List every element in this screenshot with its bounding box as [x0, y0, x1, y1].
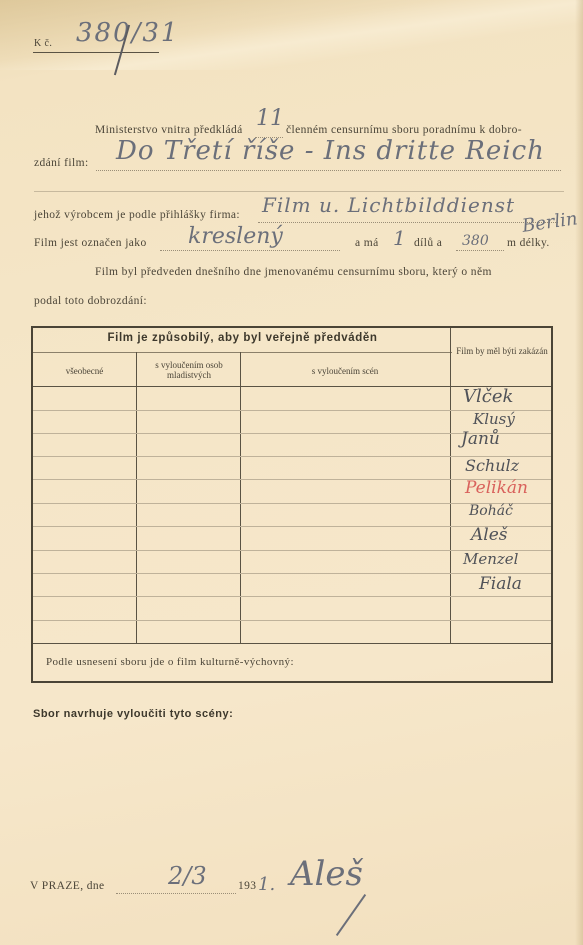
designation-label: Film jest označen jako — [34, 237, 147, 249]
producer-label: jehož výrobcem je podle přihlášky firma: — [34, 209, 240, 221]
film-title-field-line — [96, 170, 561, 171]
header-divider — [33, 352, 452, 353]
closing-place-label: V PRAZE, dne — [30, 880, 105, 892]
signature-5-red: Pelikán — [465, 478, 528, 498]
table-body-bottom-border — [33, 643, 551, 644]
closing-year-suffix: 1. — [258, 874, 275, 895]
date-handwritten: 2/3 — [168, 862, 207, 890]
length-label: m délky. — [507, 237, 550, 249]
parts-count-handwritten: 1 — [393, 226, 406, 250]
scenes-label: Sbor navrhuje vyloučiti tyto scény: — [33, 708, 233, 720]
parts-label-after: dílů a — [414, 237, 442, 249]
signature-6: Boháč — [469, 503, 513, 519]
col-divider-2 — [240, 352, 241, 643]
members-count-handwritten: 11 — [256, 106, 284, 131]
signature-1: Vlček — [463, 386, 513, 407]
closing-year-prefix: 193 — [238, 880, 256, 892]
row-line — [33, 573, 551, 574]
length-handwritten: 380 — [462, 233, 489, 249]
signature-3: Janů — [461, 429, 500, 449]
table-main-header: Film je způsobilý, aby byl veřejně předv… — [33, 332, 452, 344]
length-field-line — [456, 250, 504, 251]
intro-line1-suffix: členném censurnímu sboru poradnímu k dob… — [286, 124, 522, 136]
signature-flourish — [336, 894, 366, 936]
reference-label: K č. — [34, 38, 52, 49]
parts-label-before: a má — [355, 237, 379, 249]
paper-edge — [575, 0, 583, 945]
presented-text-line1: Film byl předveden dnešního dne jmenovan… — [95, 266, 492, 278]
intro-line1-prefix: Ministerstvo vnitra předkládá — [95, 124, 243, 136]
column-header-youth-excluded: s vyloučením osob mladistvých — [143, 360, 235, 380]
column-header-general: všeobecné — [33, 366, 136, 376]
reference-underline — [33, 52, 159, 53]
intro-line2-prefix: zdání film: — [34, 157, 89, 169]
column-header-scenes-excluded: s vyloučením scén — [240, 366, 450, 376]
producer-field-line — [258, 222, 558, 223]
col-divider-1 — [136, 352, 137, 643]
row-line — [33, 620, 551, 621]
designation-handwritten: kreslený — [188, 224, 283, 249]
date-field-line — [116, 893, 236, 894]
row-line — [33, 596, 551, 597]
signature-7: Aleš — [471, 525, 508, 545]
column-header-banned: Film by měl býti zakázán — [451, 346, 553, 356]
divider-line — [34, 191, 564, 192]
official-signature: Aleš — [290, 854, 363, 894]
assessment-table: Film je způsobilý, aby byl veřejně předv… — [31, 326, 553, 683]
film-title-handwritten: Do Třetí říše - Ins dritte Reich — [116, 136, 545, 166]
producer-handwritten: Film u. Lichtbilddienst — [262, 193, 515, 217]
presented-text-line2: podal toto dobrozdání: — [34, 295, 147, 307]
signature-8: Menzel — [463, 550, 518, 568]
designation-field-line — [160, 250, 340, 251]
signature-2: Klusý — [473, 410, 515, 428]
signature-9: Fiala — [479, 574, 522, 594]
signature-4: Schulz — [465, 456, 519, 475]
producer-city-handwritten: Berlin — [521, 208, 579, 237]
table-footer-cultural: Podle usnesení sboru jde o film kulturně… — [46, 656, 294, 668]
